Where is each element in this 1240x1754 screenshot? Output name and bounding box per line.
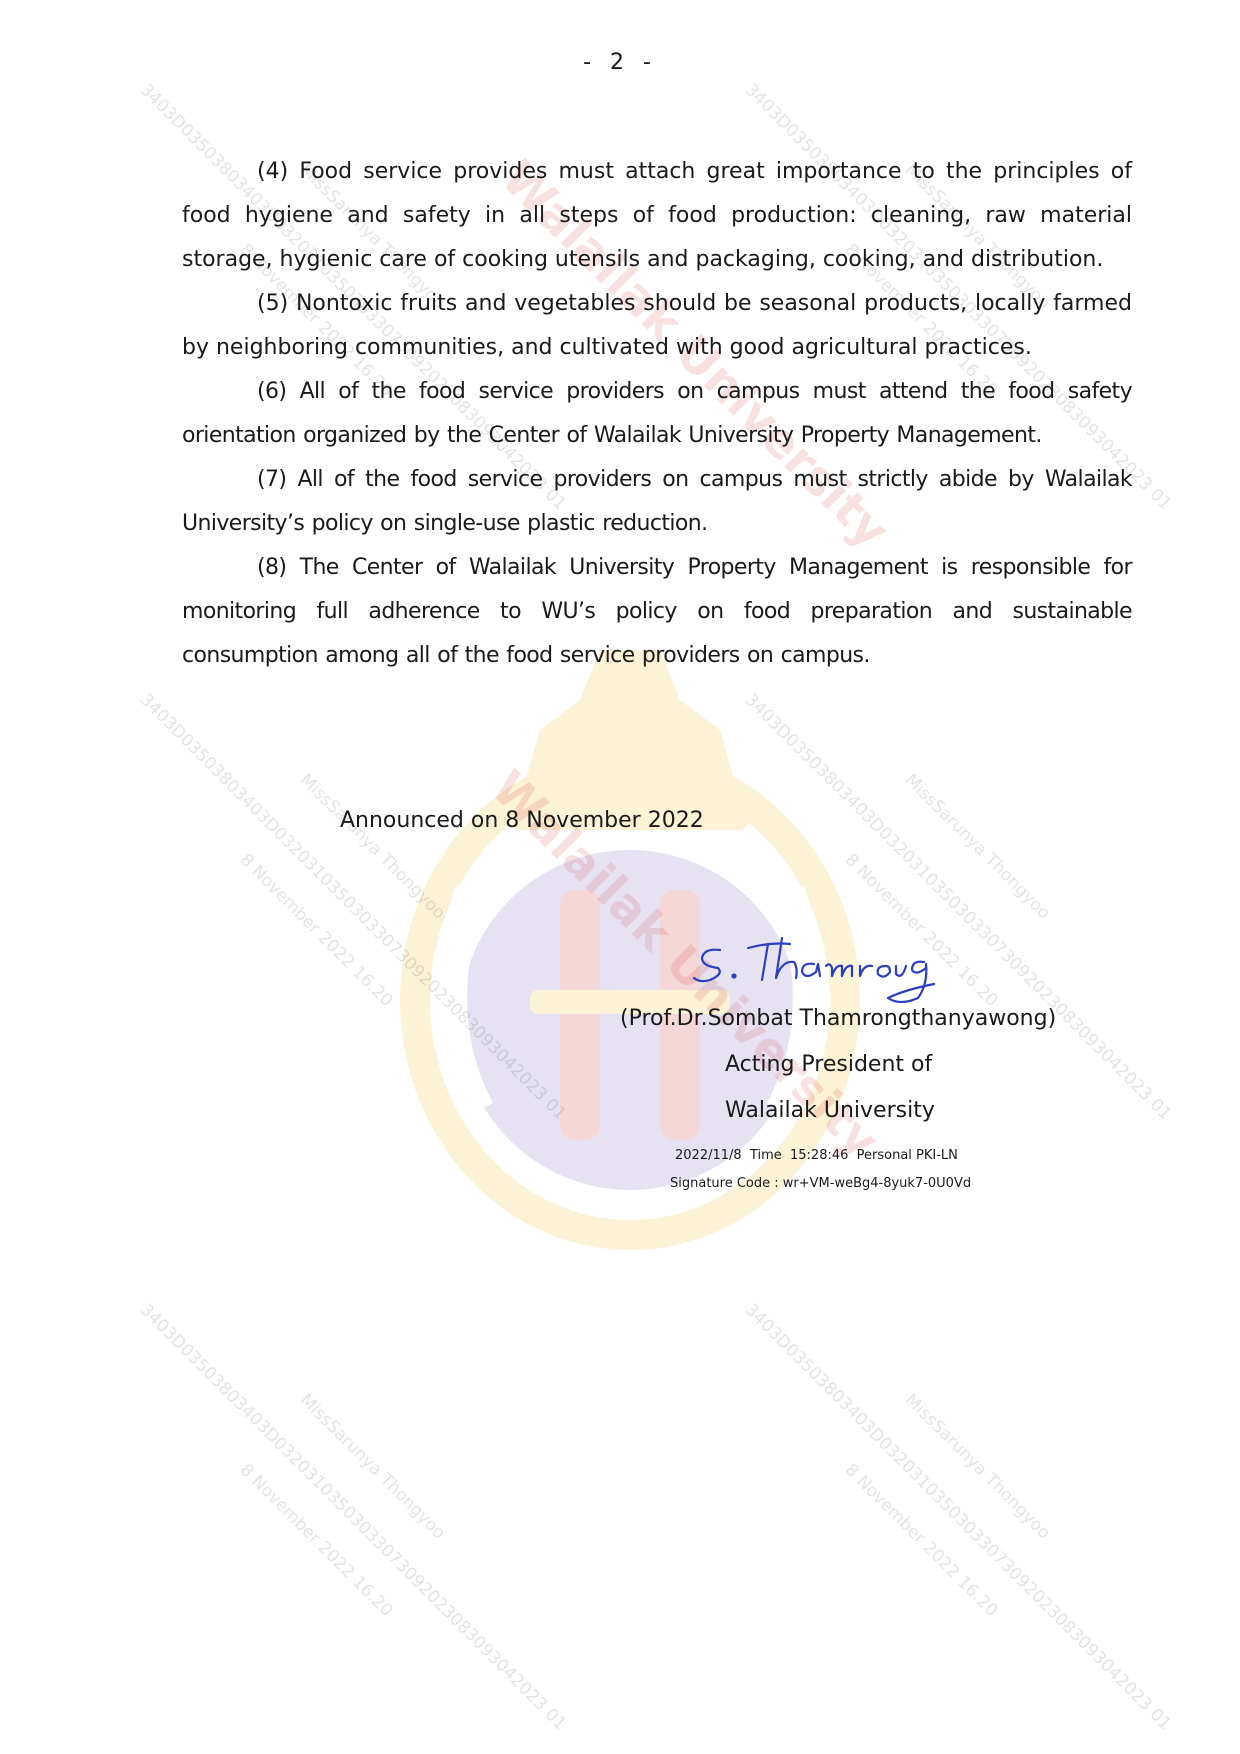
signer-name: (Prof.Dr.Sombat Thamrongthanyawong) xyxy=(620,1006,1056,1031)
page-number: - 2 - xyxy=(0,50,1240,75)
watermark-code: 3403D03503803403D03203103503033073092023… xyxy=(136,1300,570,1734)
signature-code: Signature Code : wr+VM-weBg4-8yuk7-0U0Vd xyxy=(670,1176,971,1191)
paragraph-5: (5) Nontoxic fruits and vegetables shoul… xyxy=(182,282,1132,370)
document-body: (4) Food service provides must attach gr… xyxy=(182,150,1132,678)
watermark-user: MissSarunya Thongyoo xyxy=(296,1390,449,1543)
paragraph-8: (8) The Center of Walailak University Pr… xyxy=(182,546,1132,678)
signer-title: Acting President of xyxy=(725,1052,932,1077)
signer-organization: Walailak University xyxy=(725,1098,935,1123)
paragraph-7: (7) All of the food service providers on… xyxy=(182,458,1132,546)
pki-timestamp: 2022/11/8 Time 15:28:46 Personal PKI-LN xyxy=(675,1148,958,1163)
announcement-date: Announced on 8 November 2022 xyxy=(340,808,704,833)
watermark-user: MissSarunya Thongyoo xyxy=(901,1390,1054,1543)
handwritten-signature xyxy=(690,928,950,1008)
paragraph-4: (4) Food service provides must attach gr… xyxy=(182,150,1132,282)
paragraph-6: (6) All of the food service providers on… xyxy=(182,370,1132,458)
watermark-user: MissSarunya Thongyoo xyxy=(901,770,1054,923)
watermark-code: 3403D03503803403D03203103503033073092023… xyxy=(741,1300,1175,1734)
